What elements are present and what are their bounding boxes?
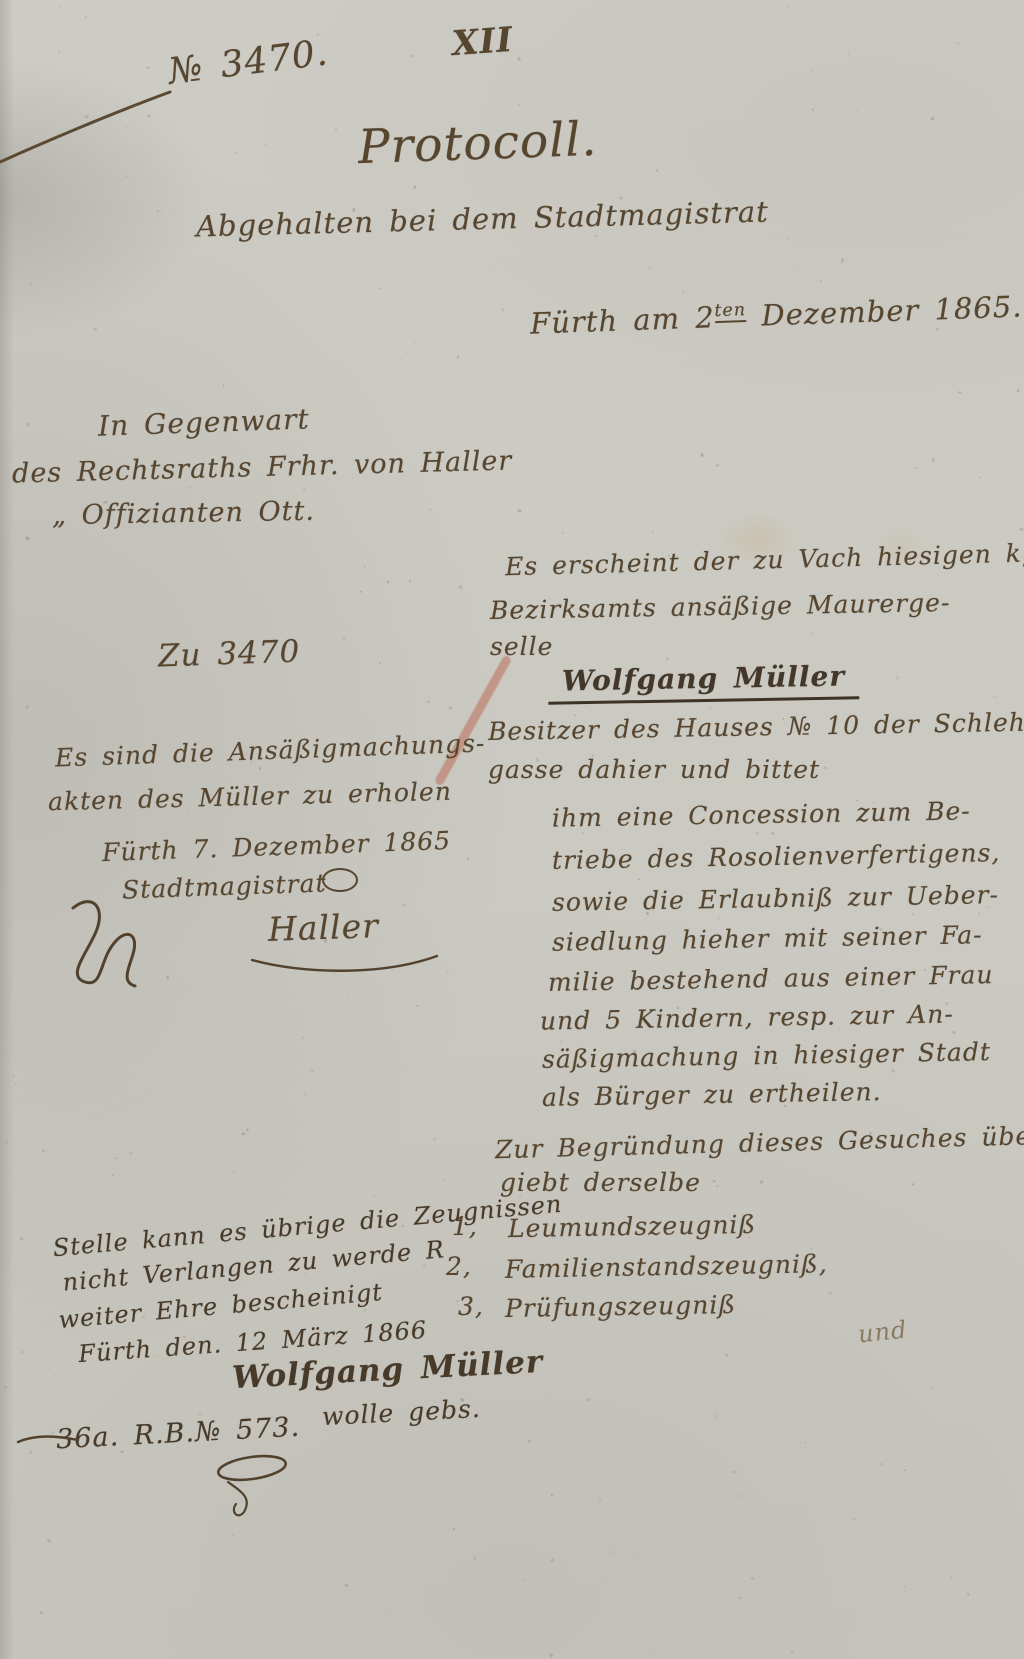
paper-speckle	[771, 832, 774, 835]
paper-speckle	[146, 66, 150, 69]
paper-speckle	[790, 1651, 793, 1654]
paper-speckle	[587, 1398, 591, 1402]
paper-speckle	[811, 70, 813, 72]
paper-speckle	[489, 265, 491, 267]
paper-speckle	[958, 391, 961, 393]
paper-speckle	[807, 1201, 808, 1202]
paper-speckle	[432, 1137, 436, 1142]
paper-speckle	[595, 235, 597, 237]
paper-speckle	[4, 1141, 7, 1144]
petition-line: sowie die Erlaubniß zur Ueber-	[552, 880, 999, 917]
paper-speckle	[39, 1610, 43, 1614]
paper-speckle	[739, 1495, 742, 1498]
paper-speckle	[498, 961, 499, 962]
paper-speckle	[598, 1499, 601, 1503]
paper-speckle	[750, 1576, 754, 1580]
paper-speckle	[601, 1583, 602, 1584]
paper-speckle	[374, 660, 376, 662]
paper-speckle	[341, 635, 346, 641]
document-number: № 3470.	[166, 32, 330, 92]
paper-speckle	[429, 509, 431, 511]
paper-speckle	[42, 1149, 45, 1153]
paper-speckle	[166, 976, 169, 979]
paper-speckle	[235, 152, 237, 154]
page-title: Protocoll.	[357, 112, 598, 175]
paper-speckle	[510, 403, 511, 404]
paper-speckle	[518, 103, 520, 105]
paper-speckle	[52, 1226, 53, 1227]
paper-speckle	[15, 1083, 17, 1084]
paper-speckle	[347, 762, 348, 763]
paper-speckle	[47, 1539, 51, 1543]
paper-speckle	[754, 294, 756, 296]
paper-speckle	[681, 291, 685, 294]
margin-signature: Haller	[267, 906, 379, 949]
list-item-label: Familienstandszeugniß,	[505, 1249, 828, 1284]
petition-line: und 5 Kindern, resp. zur An-	[540, 999, 954, 1035]
paper-speckle	[21, 1350, 25, 1354]
paper-speckle	[335, 128, 337, 131]
paper-speckle	[512, 1326, 513, 1327]
paper-speckle	[173, 1643, 174, 1645]
paper-speckle	[57, 50, 59, 52]
paper-speckle	[548, 1397, 551, 1399]
paper-speckle	[1021, 487, 1022, 488]
paper-speckle	[904, 1585, 906, 1587]
paper-speckle	[636, 1557, 638, 1558]
paper-speckle	[1017, 389, 1020, 392]
petitioner-name: Wolfgang Müller	[548, 659, 860, 704]
paper-speckle	[880, 1155, 882, 1156]
paper-speckle	[879, 1463, 882, 1466]
paper-speckle	[787, 238, 789, 239]
folio-mark: XII	[451, 20, 515, 64]
paper-speckle	[819, 280, 822, 283]
petitioner-signature-sub: wolle gebs.	[321, 1394, 481, 1431]
paper-speckle	[453, 1528, 456, 1531]
paper-speckle	[711, 1463, 713, 1465]
paper-speckle	[559, 1039, 563, 1043]
paper-speckle	[4, 1386, 7, 1389]
margin-note-line: akten des Müller zu erholen	[48, 777, 453, 817]
paper-speckle	[413, 186, 417, 189]
paper-speckle	[853, 1518, 856, 1521]
paper-speckle	[240, 299, 241, 300]
petition-line: milie bestehend aus einer Frau	[548, 960, 994, 997]
paper-speckle	[811, 631, 813, 633]
paper-speckle	[610, 1550, 615, 1554]
presence-line-2: des Rechtsraths Frhr. von Haller	[12, 445, 513, 489]
paper-speckle	[797, 267, 798, 268]
paper-speckle	[949, 499, 951, 501]
paper-speckle	[891, 1068, 895, 1072]
paper-speckle	[218, 327, 220, 329]
list-item-label: Prüfungszeugniß	[505, 1290, 737, 1323]
paper-speckle	[1019, 527, 1024, 532]
paper-speckle	[83, 15, 86, 19]
paper-speckle	[232, 1533, 235, 1537]
paper-speckle	[20, 1237, 24, 1240]
petition-line: triebe des Rosolienverfertigens,	[552, 838, 1001, 875]
paper-speckle	[910, 689, 912, 692]
body-line: Bezirksamts ansäßige Maurerge-	[490, 588, 951, 625]
paper-speckle	[956, 41, 959, 44]
paper-speckle	[246, 1129, 249, 1133]
paper-speckle	[38, 1266, 39, 1267]
paper-speckle	[157, 209, 159, 211]
paper-speckle	[363, 1309, 366, 1312]
official-paraph-flourish	[55, 890, 165, 1000]
body-line: Es erscheint der zu Vach hiesigen kgl.	[505, 538, 1024, 581]
presence-line-3: „ Offizianten Ott.	[52, 496, 315, 532]
margin-reference: Zu 3470	[157, 634, 300, 675]
petition-line: ihm eine Concession zum Be-	[552, 796, 971, 832]
margin-note-line: Es sind die Ansäßigmachungs-	[55, 728, 486, 772]
paper-speckle	[647, 1650, 649, 1651]
paper-speckle	[473, 1556, 478, 1561]
paper-speckle	[427, 700, 430, 704]
paper-speckle	[717, 464, 720, 466]
paper-speckle	[160, 215, 162, 217]
office-flourish	[320, 866, 364, 896]
paper-speckle	[126, 175, 129, 177]
paper-speckle	[153, 601, 154, 602]
paper-speckle	[431, 813, 432, 814]
paper-speckle	[651, 530, 654, 534]
paper-speckle	[848, 52, 851, 55]
paper-speckle	[233, 1205, 234, 1206]
paper-speckle	[519, 184, 521, 186]
paper-speckle	[665, 657, 669, 661]
paper-speckle	[713, 1180, 716, 1183]
paper-speckle	[304, 489, 306, 492]
paper-speckle	[60, 6, 62, 8]
paper-speckle	[312, 1625, 315, 1628]
paper-speckle	[472, 864, 474, 866]
paper-speckle	[114, 1635, 116, 1637]
paper-speckle	[264, 144, 268, 147]
paper-speckle	[345, 1583, 349, 1587]
paper-speckle	[29, 282, 33, 285]
paper-speckle	[54, 1374, 56, 1376]
signature-underline-flourish	[252, 952, 442, 982]
paper-speckle	[647, 286, 648, 287]
paper-speckle	[174, 1489, 176, 1491]
paper-speckle	[26, 423, 30, 427]
paper-speckle	[301, 1036, 304, 1039]
paper-speckle	[724, 1353, 728, 1357]
paper-speckle	[518, 57, 522, 61]
paper-speckle	[872, 391, 873, 392]
paper-speckle	[378, 288, 380, 290]
paper-speckle	[637, 877, 641, 881]
paper-speckle	[364, 565, 367, 568]
petition-line: siedlung hieher mit seiner Fa-	[552, 920, 983, 957]
paper-speckle	[183, 533, 185, 535]
paper-speckle	[804, 1442, 806, 1444]
paper-speckle	[903, 1468, 906, 1471]
paper-speckle	[310, 1070, 314, 1074]
paper-speckle	[1005, 1480, 1006, 1481]
paper-speckle	[715, 0, 717, 2]
paper-speckle	[647, 266, 652, 271]
document-number-flourish	[0, 86, 200, 166]
body-line: Zur Begründung dieses Gesuches über-	[495, 1121, 1024, 1165]
paper-speckle	[932, 457, 935, 461]
paper-speckle	[717, 917, 720, 920]
paper-speckle	[159, 703, 161, 705]
paper-speckle	[700, 453, 704, 458]
paper-speckle	[524, 1578, 526, 1580]
paper-speckle	[786, 1289, 787, 1290]
paper-speckle	[993, 694, 997, 698]
paper-speckle	[466, 856, 469, 859]
paper-speckle	[147, 625, 149, 627]
paper-speckle	[249, 1002, 251, 1004]
body-line: selle	[490, 632, 553, 661]
page-subtitle: Abgehalten bei dem Stadtmagistrat	[196, 195, 770, 244]
paper-speckle	[895, 675, 900, 680]
side-annotation-word: und	[857, 1316, 909, 1349]
paper-speckle	[29, 1450, 33, 1454]
paper-speckle	[562, 532, 564, 534]
paper-speckle	[967, 1593, 971, 1597]
paper-speckle	[379, 661, 382, 664]
paper-speckle	[687, 363, 689, 364]
paper-speckle	[25, 536, 31, 541]
paper-speckle	[415, 1005, 418, 1008]
paper-speckle	[930, 376, 931, 378]
body-line: gasse dahier und bittet	[488, 755, 820, 784]
paper-speckle	[930, 1387, 933, 1389]
paper-speckle	[824, 766, 826, 769]
paper-speckle	[935, 327, 939, 331]
paper-speckle	[911, 1183, 915, 1186]
paper-speckle	[927, 245, 928, 246]
paper-speckle	[26, 705, 30, 708]
paper-speckle	[802, 1116, 804, 1118]
paper-speckle	[841, 257, 845, 262]
paper-speckle	[494, 1245, 497, 1249]
paper-speckle	[915, 467, 917, 469]
registrar-paraph-flourish	[208, 1452, 308, 1522]
paper-speckle	[755, 832, 759, 836]
paper-speckle	[549, 1653, 554, 1658]
paper-speckle	[952, 1031, 956, 1035]
paper-speckle	[93, 327, 97, 331]
paper-speckle	[459, 585, 463, 589]
paper-speckle	[655, 169, 659, 173]
paper-speckle	[930, 117, 935, 121]
file-reference-dash	[18, 1432, 88, 1448]
paper-speckle	[242, 1132, 246, 1135]
paper-speckle	[148, 195, 149, 196]
paper-speckle	[447, 971, 449, 973]
list-item-number: 3,	[458, 1292, 484, 1321]
paper-speckle	[233, 1170, 236, 1172]
paper-speckle	[597, 1514, 599, 1515]
dateline-ordinal: ten	[714, 300, 746, 323]
paper-speckle	[550, 1558, 555, 1563]
paper-speckle	[979, 477, 981, 479]
paper-speckle	[347, 992, 351, 996]
paper-speckle	[714, 1414, 718, 1419]
paper-speckle	[115, 1157, 118, 1160]
paper-speckle	[812, 108, 814, 111]
paper-speckle	[443, 1178, 446, 1181]
paper-speckle	[448, 706, 451, 709]
paper-speckle	[259, 767, 262, 770]
body-line: Besitzer des Hauses № 10 der Schlehen-	[488, 707, 1024, 746]
paper-speckle	[409, 580, 411, 582]
paper-speckle	[951, 1577, 953, 1579]
paper-speckle	[737, 1596, 742, 1600]
paper-speckle	[856, 109, 858, 111]
dateline-place: Fürth am 2	[530, 300, 716, 340]
paper-speckle	[323, 98, 325, 100]
paper-speckle	[129, 1150, 133, 1155]
paper-speckle	[759, 1179, 764, 1184]
paper-speckle	[820, 90, 821, 92]
petition-line: als Bürger zu ertheilen.	[542, 1077, 882, 1112]
paper-speckle	[12, 1075, 14, 1077]
paper-speckle	[373, 1195, 376, 1197]
paper-speckle	[455, 355, 459, 359]
paper-speckle	[924, 62, 926, 64]
paper-speckle	[910, 912, 914, 916]
dateline: Fürth am 2ten Dezember 1865.	[530, 289, 1023, 340]
paper-speckle	[550, 1377, 551, 1378]
paper-speckle	[414, 341, 416, 343]
paper-speckle	[716, 1185, 719, 1188]
paper-speckle	[501, 308, 505, 312]
paper-speckle	[401, 903, 406, 907]
paper-speckle	[709, 707, 710, 709]
paper-speckle	[527, 1440, 531, 1444]
paper-speckle	[581, 832, 584, 834]
paper-speckle	[828, 1291, 832, 1294]
paper-speckle	[222, 384, 224, 387]
paper-speckle	[189, 487, 191, 490]
paper-speckle	[150, 1609, 152, 1611]
paper-speckle	[384, 1610, 385, 1611]
list-item-number: 2,	[446, 1252, 472, 1281]
paper-speckle	[489, 388, 491, 390]
paper-speckle	[604, 115, 606, 117]
paper-speckle	[359, 590, 361, 593]
paper-speckle	[398, 357, 402, 361]
paper-speckle	[672, 238, 674, 240]
petition-line: säßigmachung in hiesiger Stadt	[542, 1037, 991, 1074]
dateline-rest: Dezember 1865.	[746, 289, 1023, 333]
paper-speckle	[978, 913, 981, 916]
paper-speckle	[335, 1199, 338, 1201]
paper-speckle	[907, 1201, 909, 1203]
paper-speckle	[411, 55, 413, 58]
paper-speckle	[299, 1013, 301, 1016]
presence-line-1: In Gegenwart	[97, 402, 310, 442]
paper-speckle	[786, 5, 789, 8]
paper-speckle	[732, 1470, 737, 1474]
margin-note-date: Fürth 7. Dezember 1865	[102, 826, 452, 867]
paper-speckle	[142, 1520, 143, 1522]
paper-speckle	[449, 345, 451, 347]
manuscript-page: № 3470. XII Protocoll. Abgehalten bei de…	[0, 0, 1024, 1659]
paper-speckle	[550, 1494, 552, 1496]
paper-speckle	[384, 1236, 385, 1237]
paper-speckle	[387, 581, 389, 584]
paper-speckle	[197, 1412, 202, 1416]
paper-speckle	[304, 1092, 307, 1095]
file-reference: 36a. R.B.№ 573.	[55, 1412, 301, 1456]
paper-speckle	[110, 1174, 113, 1177]
paper-speckle	[517, 509, 522, 513]
